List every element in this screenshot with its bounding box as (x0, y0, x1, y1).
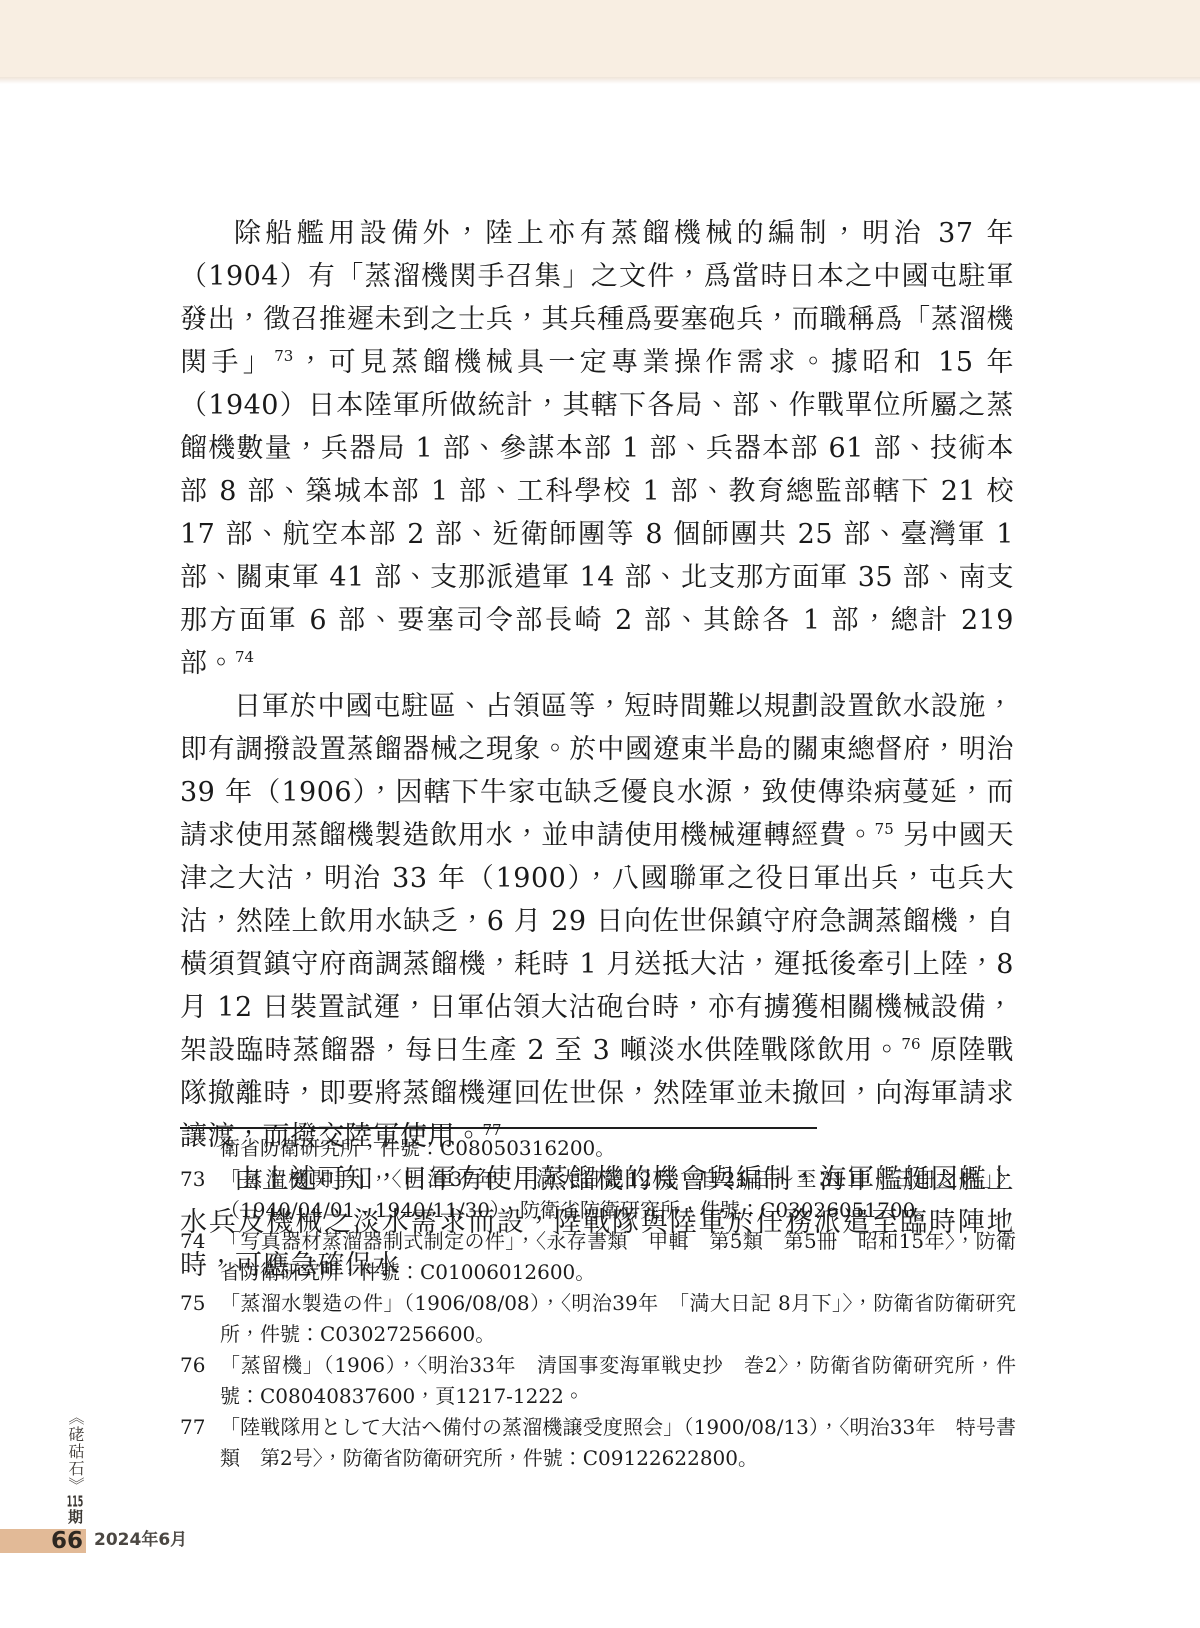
top-decorative-band (0, 0, 1200, 77)
body-text: 除船艦用設備外，陸上亦有蒸餾機械的編制，明治 37 年（1904）有「蒸溜機関手… (180, 212, 1014, 1287)
footnote-text: 「蒸溜機関手」，〈明治37年 「満大日記12月 自21日～至31日 三冊之内」〉… (220, 1164, 1016, 1226)
footnote-text: 「蒸留機」（1906），〈明治33年 清国事変海軍戦史抄 巻2〉，防衛省防衛研究… (220, 1350, 1016, 1412)
footnote-item: 73「蒸溜機関手」，〈明治37年 「満大日記12月 自21日～至31日 三冊之内… (180, 1164, 1016, 1226)
footnote-section: 衛省防衛研究所，件號：C08050316200。73「蒸溜機関手」，〈明治37年… (180, 1133, 1016, 1474)
footnote-ref: 74 (235, 648, 254, 666)
footnote-text: 「写真器材蒸溜器制式制定の件」，〈永存書類 甲輯 第5類 第5冊 昭和15年〉，… (220, 1226, 1016, 1288)
issue-date: 2024年6月 (94, 1532, 187, 1549)
page-number: 66 (51, 1530, 83, 1553)
journal-title-vertical: 《硓𥑮石》115期 (61, 1409, 89, 1529)
footnote-text: 「蒸溜水製造の件」（1906/08/08），〈明治39年 「満大日記 8月下」〉… (220, 1288, 1016, 1350)
issue-number: 115 (66, 1494, 84, 1509)
paragraph: 日軍於中國屯駐區、占領區等，短時間難以規劃設置飲水設施，即有調撥設置蒸餾器械之現… (180, 685, 1014, 1158)
footnote-ref: 76 (901, 1035, 920, 1053)
footnote-number: 73 (180, 1164, 220, 1226)
issue-suffix: 期 (66, 1509, 84, 1525)
footnote-item: 75「蒸溜水製造の件」（1906/08/08），〈明治39年 「満大日記 8月下… (180, 1288, 1016, 1350)
document-page: 除船艦用設備外，陸上亦有蒸餾機械的編制，明治 37 年（1904）有「蒸溜機関手… (0, 0, 1200, 1628)
footnote-ref: 75 (875, 820, 894, 838)
footnote-number (180, 1133, 220, 1164)
footnote-item: 76「蒸留機」（1906），〈明治33年 清国事変海軍戦史抄 巻2〉，防衛省防衛… (180, 1350, 1016, 1412)
page-number-strip: 66 (0, 1529, 86, 1553)
footnote-text: 衛省防衛研究所，件號：C08050316200。 (220, 1133, 1016, 1164)
footnote-number: 76 (180, 1350, 220, 1412)
footnote-item: 衛省防衛研究所，件號：C08050316200。 (180, 1133, 1016, 1164)
footnote-number: 77 (180, 1412, 220, 1474)
footnote-number: 74 (180, 1226, 220, 1288)
footnote-ref: 73 (274, 347, 293, 365)
footnote-number: 75 (180, 1288, 220, 1350)
journal-title: 《硓𥑮石》 (66, 1409, 85, 1494)
footnote-text: 「陸戦隊用として大沽へ備付の蒸溜機譲受度照会」（1900/08/13），〈明治3… (220, 1412, 1016, 1474)
footnote-divider (180, 1127, 817, 1129)
paragraph: 除船艦用設備外，陸上亦有蒸餾機械的編制，明治 37 年（1904）有「蒸溜機関手… (180, 212, 1014, 685)
footnote-item: 74「写真器材蒸溜器制式制定の件」，〈永存書類 甲輯 第5類 第5冊 昭和15年… (180, 1226, 1016, 1288)
footnote-item: 77「陸戦隊用として大沽へ備付の蒸溜機譲受度照会」（1900/08/13），〈明… (180, 1412, 1016, 1474)
